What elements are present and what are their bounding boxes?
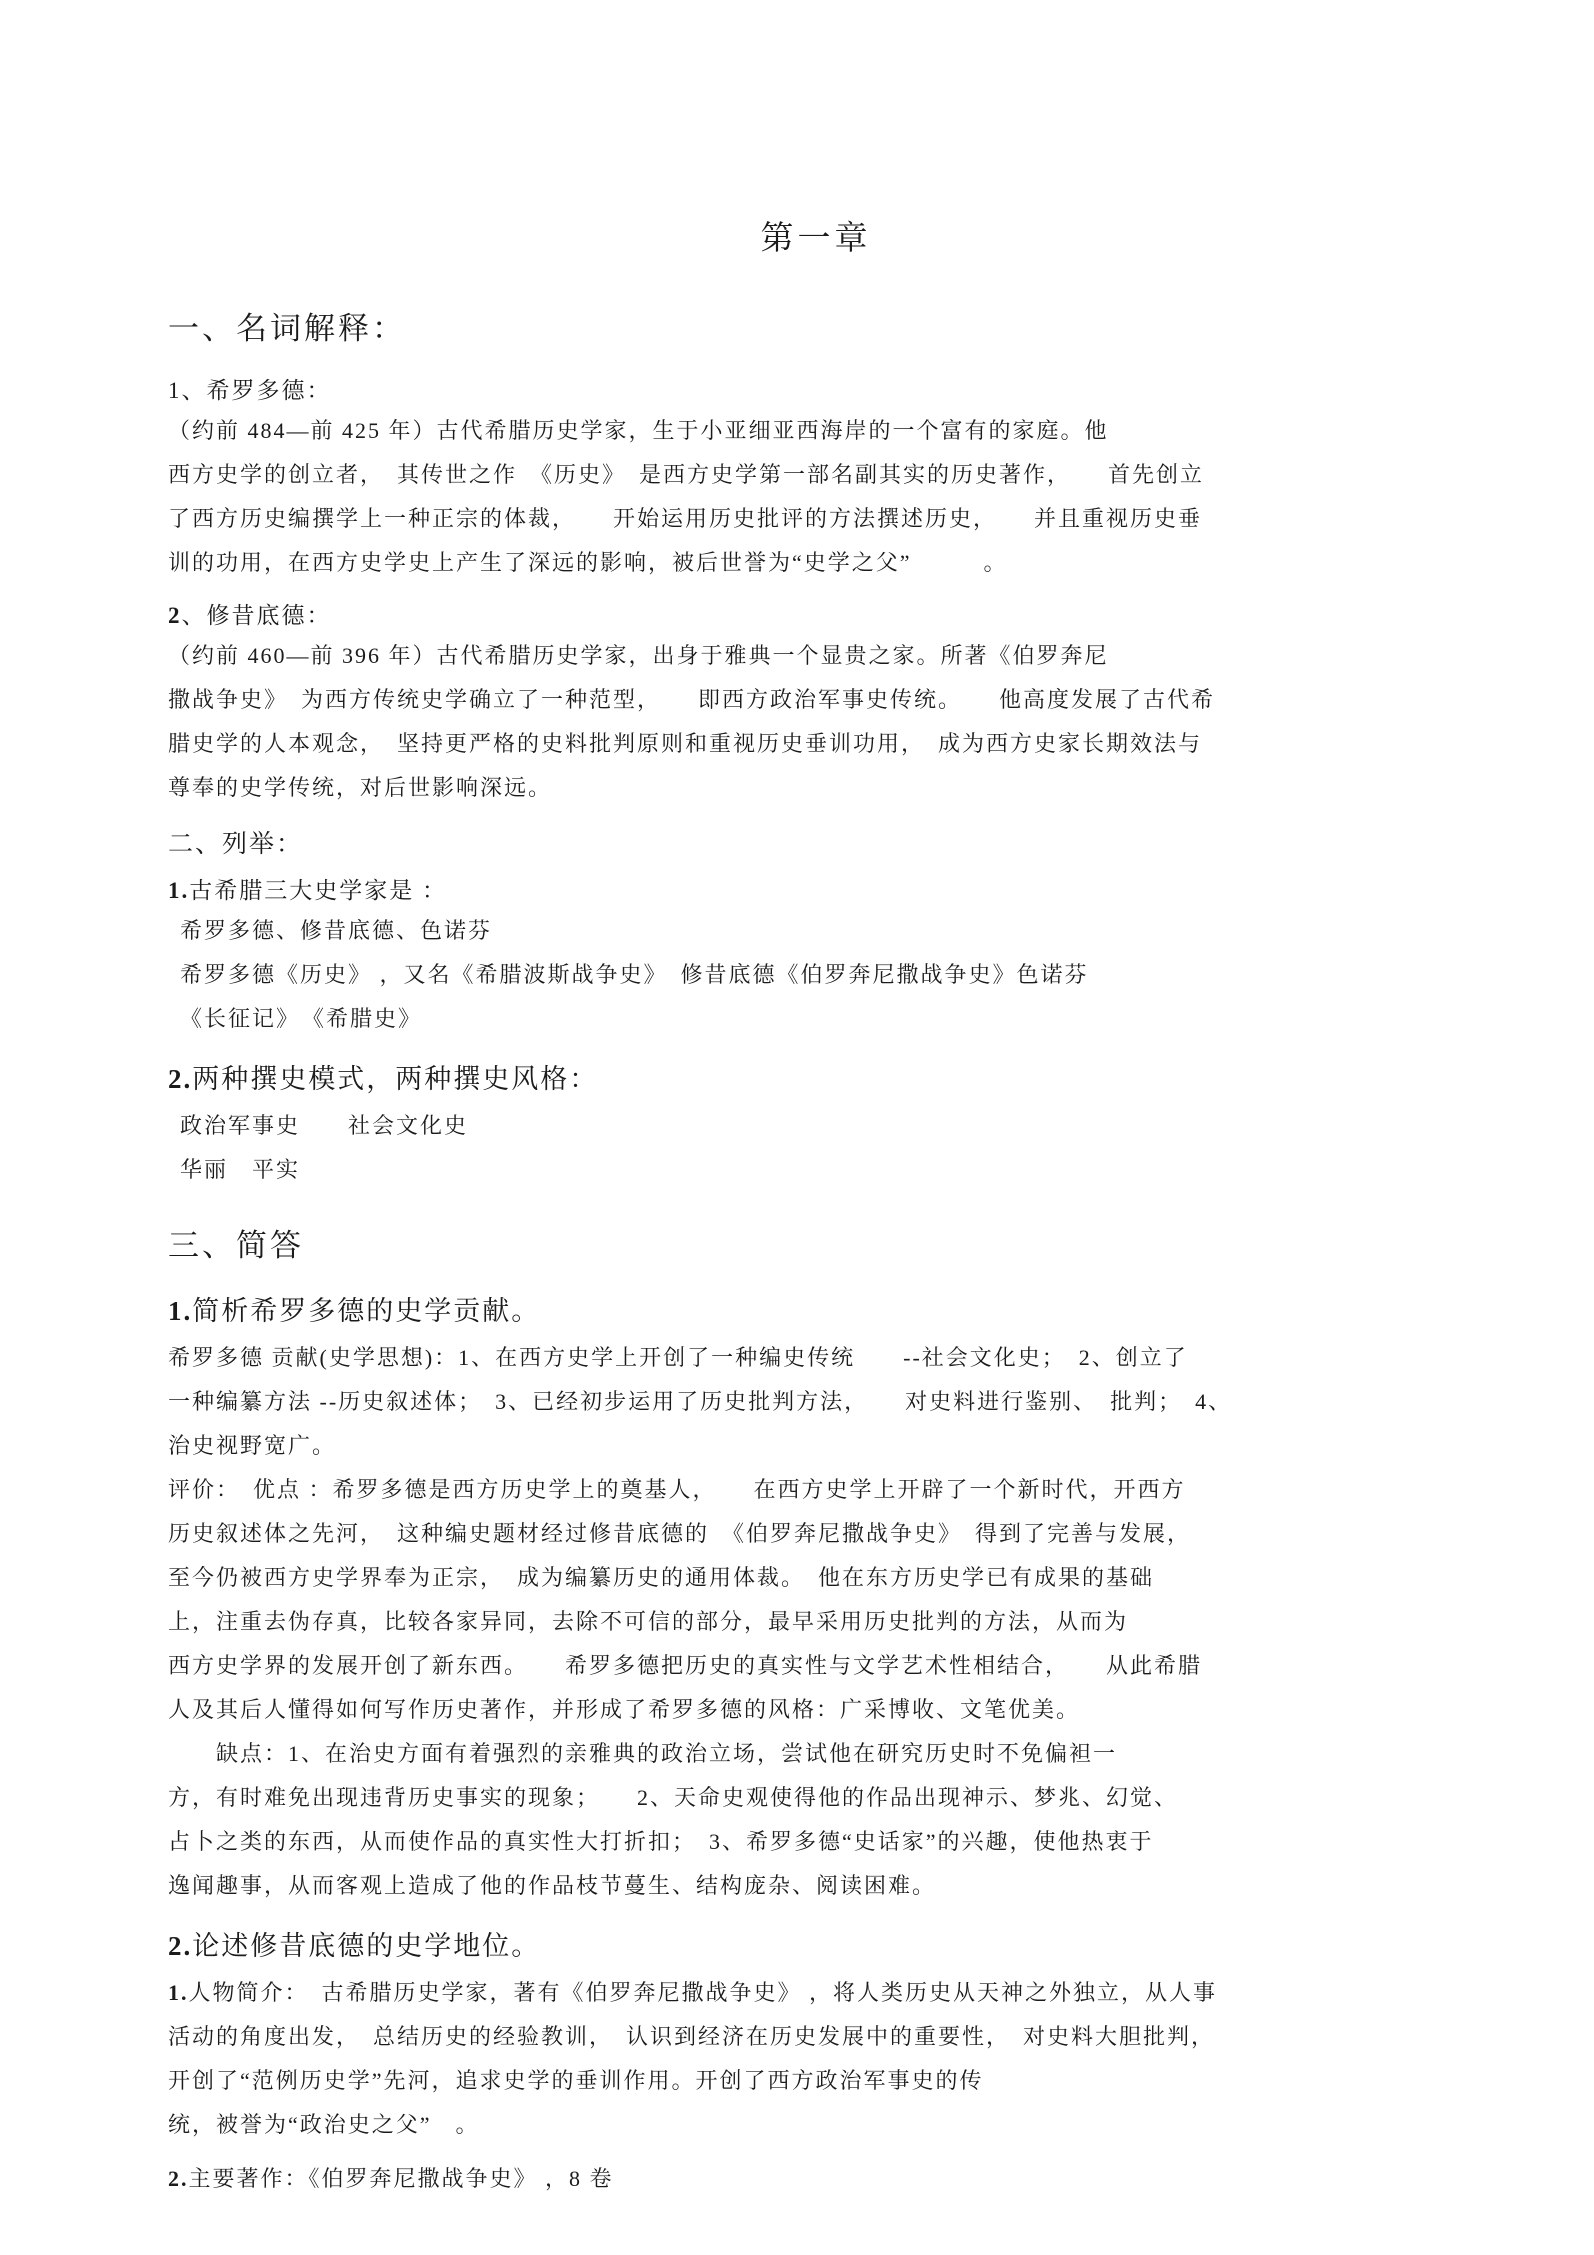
document-page: 第一章 一、名词解释： 1、希罗多德： （约前 484—前 425 年）古代希腊… xyxy=(0,0,1594,2255)
item-text: 简析希罗多德的史学贡献。 xyxy=(192,1296,540,1326)
item-number: 1. xyxy=(168,1296,192,1326)
text-line: 2.主要著作：《伯罗奔尼撒战争史》 ，8 卷 xyxy=(168,2157,1464,2201)
item-text: 主要著作：《伯罗奔尼撒战争史》 ，8 卷 xyxy=(189,2166,614,2191)
text-line: 治史视野宽广。 xyxy=(168,1424,1464,1468)
text-line: 《长征记》 《希腊史》 xyxy=(168,997,1464,1041)
item-text: 古希腊三大史学家是 ： xyxy=(189,878,447,903)
text-line: 历史叙述体之先河， 这种编史题材经过修昔底德的 《伯罗奔尼撒战争史》 得到了完善… xyxy=(168,1512,1464,1556)
text-line: 方，有时难免出现违背历史事实的现象； 2、天命史观使得他的作品出现神示、梦兆、幻… xyxy=(168,1776,1464,1820)
list-question-1: 1.古希腊三大史学家是 ： xyxy=(168,872,1464,905)
section-heading-list: 二、列举： xyxy=(168,824,1464,860)
text-line: 逸闻趣事，从而客观上造成了他的作品枝节蔓生、结构庞杂、阅读困难。 xyxy=(168,1864,1464,1908)
text-line: 希罗多德《历史》 ，又名《希腊波斯战争史》 修昔底德《伯罗奔尼撒战争史》色诺芬 xyxy=(168,953,1464,997)
text-line: 至今仍被西方史学界奉为正宗， 成为编纂历史的通用体裁。 他在东方历史学已有成果的… xyxy=(168,1556,1464,1600)
text-line: （约前 484—前 425 年）古代希腊历史学家，生于小亚细亚西海岸的一个富有的… xyxy=(168,409,1464,453)
item-text: 希罗多德： xyxy=(207,378,332,403)
text-line: 腊史学的人本观念， 坚持更严格的史料批判原则和重视历史垂训功用， 成为西方史家长… xyxy=(168,722,1464,766)
item-number: 1、 xyxy=(168,378,207,403)
item-text: 、修昔底德： xyxy=(182,603,332,628)
text-line: （约前 460—前 396 年）古代希腊历史学家，出身于雅典一个显贵之家。所著《… xyxy=(168,634,1464,678)
text-line: 了西方历史编撰学上一种正宗的体裁， 开始运用历史批评的方法撰述历史， 并且重视历… xyxy=(168,497,1464,541)
text-line: 开创了“范例历史学”先河，追求史学的垂训作用。开创了西方政治军事史的传 xyxy=(168,2059,1464,2103)
text-line: 一种编纂方法 --历史叙述体； 3、已经初步运用了历史批判方法， 对史料进行鉴别… xyxy=(168,1380,1464,1424)
chapter-title: 第一章 xyxy=(168,212,1464,259)
text-line: 尊奉的史学传统，对后世影响深远。 xyxy=(168,766,1464,810)
section-heading-terms: 一、名词解释： xyxy=(168,303,1464,348)
item-number: 2. xyxy=(168,2166,189,2191)
section-heading-short-answer: 三、简答 xyxy=(168,1220,1464,1265)
short-answer-question-2: 2.论述修昔底德的史学地位。 xyxy=(168,1924,1464,1963)
item-number: 1. xyxy=(168,878,189,903)
item-number: 2 xyxy=(168,603,182,628)
list-question-2: 2.两种撰史模式，两种撰史风格： xyxy=(168,1057,1464,1096)
text-line: 希罗多德、修昔底德、色诺芬 xyxy=(168,909,1464,953)
text-line: 华丽 平实 xyxy=(168,1148,1464,1192)
item-number: 1. xyxy=(168,1980,189,2005)
text-line: 占卜之类的东西，从而使作品的真实性大打折扣； 3、希罗多德“史话家”的兴趣，使他… xyxy=(168,1820,1464,1864)
text-line: 统，被誉为“政治史之父” 。 xyxy=(168,2103,1464,2147)
item-text: 人物简介： 古希腊历史学家，著有《伯罗奔尼撒战争史》 ，将人类历史从天神之外独立… xyxy=(189,1980,1218,2005)
text-line: 训的功用，在西方史学史上产生了深远的影响，被后世誉为“史学之父” 。 xyxy=(168,541,1464,585)
text-line: 评价： 优点 ：希罗多德是西方历史学上的奠基人， 在西方史学上开辟了一个新时代，… xyxy=(168,1468,1464,1512)
text-line: 人及其后人懂得如何写作历史著作，并形成了希罗多德的风格：广采博收、文笔优美。 xyxy=(168,1688,1464,1732)
text-line: 上，注重去伪存真，比较各家异同，去除不可信的部分，最早采用历史批判的方法，从而为 xyxy=(168,1600,1464,1644)
short-answer-question-1: 1.简析希罗多德的史学贡献。 xyxy=(168,1289,1464,1328)
text-line: 西方史学的创立者， 其传世之作 《历史》 是西方史学第一部名副其实的历史著作， … xyxy=(168,453,1464,497)
text-line: 政治军事史 社会文化史 xyxy=(168,1104,1464,1148)
text-line: 缺点：1、在治史方面有着强烈的亲雅典的政治立场，尝试他在研究历史时不免偏袒一 xyxy=(168,1732,1464,1776)
text-line: 1.人物简介： 古希腊历史学家，著有《伯罗奔尼撒战争史》 ，将人类历史从天神之外… xyxy=(168,1971,1464,2015)
text-line: 西方史学界的发展开创了新东西。 希罗多德把历史的真实性与文学艺术性相结合， 从此… xyxy=(168,1644,1464,1688)
term-heading-herodotus: 1、希罗多德： xyxy=(168,372,1464,405)
text-line: 撒战争史》 为西方传统史学确立了一种范型， 即西方政治军事史传统。 他高度发展了… xyxy=(168,678,1464,722)
item-text: 两种撰史模式，两种撰史风格： xyxy=(192,1064,598,1094)
text-line: 希罗多德 贡献(史学思想)：1、在西方史学上开创了一种编史传统 --社会文化史；… xyxy=(168,1336,1464,1380)
text-line: 活动的角度出发， 总结历史的经验教训， 认识到经济在历史发展中的重要性， 对史料… xyxy=(168,2015,1464,2059)
item-number: 2. xyxy=(168,1064,192,1094)
term-heading-thucydides: 2、修昔底德： xyxy=(168,597,1464,630)
item-number: 2. xyxy=(168,1931,192,1961)
item-text: 论述修昔底德的史学地位。 xyxy=(192,1931,540,1961)
